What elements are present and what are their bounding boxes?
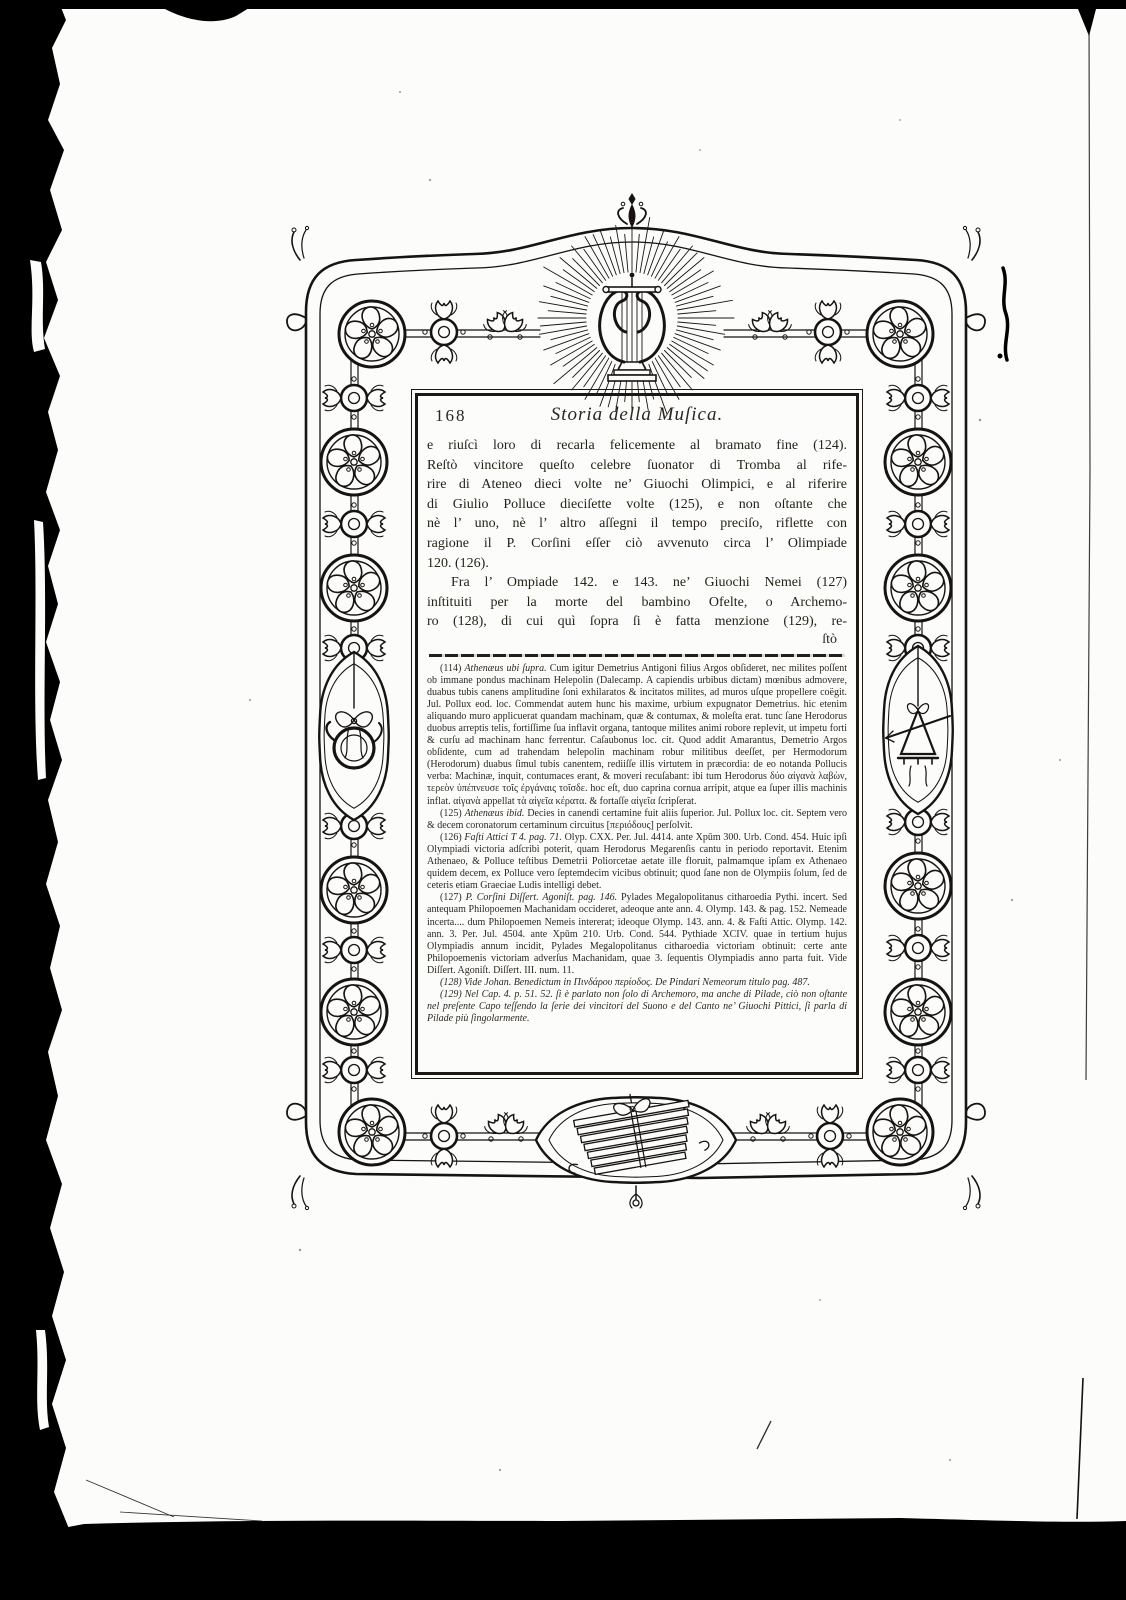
arrow-trophy-icon [883, 646, 953, 814]
rosette-icon [867, 1099, 933, 1165]
ring-link-icon [323, 929, 385, 971]
ring-link-icon [423, 301, 465, 363]
hunting-horn-icon [319, 652, 389, 820]
body-line: rire di Ateneo dieci volte ne’ Giuochi O… [427, 475, 847, 495]
rosette-icon [885, 555, 951, 621]
ring-link-icon [323, 1049, 385, 1091]
footnote: (128) Vide Johan. Benedictum in Πινδάρου… [427, 977, 847, 989]
footnote-marker: (125) [440, 808, 462, 819]
footnote: (127) P. Corſini Diſſert. Agoniſt. pag. … [427, 892, 847, 977]
crest-finial-icon [618, 194, 646, 227]
footnote-marker: (127) [440, 892, 462, 903]
panpipes-icon [536, 1082, 736, 1182]
footnote: (126) Faſti Attici T 4. pag. 71. Olyp. C… [427, 832, 847, 892]
footnote-marker: (114) [440, 663, 461, 674]
footnote-marker: (129) [440, 989, 462, 1000]
footnote-text: Cum igitur Demetrius Antigoni filius Arg… [427, 663, 847, 807]
body-line: Fra l’ Ompiade 142. e 143. ne’ Giuochi N… [427, 573, 847, 593]
rosette-icon [321, 979, 387, 1045]
page-number: 168 [435, 406, 467, 426]
tulip-icon [745, 1111, 791, 1142]
footnote-citation: P. Corſini Diſſert. Agoniſt. pag. 146. [466, 892, 618, 903]
footnote-text: De Pindari Nemeorum titulo pag. 487. [655, 977, 810, 988]
text-frame: 168 Storia della Muſica. e riuſcì loro d… [411, 389, 863, 1079]
body-line: ro (128), di cui quì ſopra ſi è fatta me… [427, 612, 847, 632]
body-line: inſtituiti per la morte del bambino Ofel… [427, 593, 847, 613]
footnote-citation: Vide Johan. Benedictum in Πινδάρου περίο… [464, 977, 652, 988]
text-frame-inner: 168 Storia della Muſica. e riuſcì loro d… [415, 393, 859, 1075]
footnote-text: Nel Cap. 4. p. 51. 52. ſi è parlato non … [427, 989, 847, 1024]
rosette-icon [339, 1099, 405, 1165]
page-header: 168 Storia della Muſica. [427, 404, 847, 431]
footnotes: (114) Athenæus ubi ſupra. Cum igitur Dem… [427, 663, 847, 1026]
rosette-icon [339, 301, 405, 367]
body-line: e riuſcì loro di recarla felicemente al … [427, 436, 847, 456]
footnote-marker: (128) [440, 977, 462, 988]
footnote: (129) Nel Cap. 4. p. 51. 52. ſi è parlat… [427, 989, 847, 1025]
body-line: di Giulio Polluce dieciſette volte (125)… [427, 495, 847, 515]
ring-link-icon [323, 377, 385, 419]
catchword: ſtò [427, 632, 847, 647]
rosette-icon [321, 857, 387, 923]
tulip-icon [747, 309, 793, 340]
footnote-separator-rule [429, 654, 845, 657]
rosette-icon [885, 429, 951, 495]
footnote-citation: Athenæus ubi ſupra. [464, 663, 546, 674]
body-line: nè l’ uno, nè l’ altro aſſegni il tempo … [427, 514, 847, 534]
main-text: e riuſcì loro di recarla felicemente al … [427, 436, 847, 632]
footnote: (125) Athenæus ibid. Decies in canendi c… [427, 808, 847, 832]
body-line: ragione il P. Corſini eſſer ciò avvenuto… [427, 534, 847, 554]
ring-link-icon [809, 1105, 851, 1167]
ring-link-icon [887, 927, 949, 969]
ring-link-icon [423, 1105, 465, 1167]
rosette-icon [867, 301, 933, 367]
rosette-icon [321, 429, 387, 495]
ring-link-icon [887, 1049, 949, 1091]
ring-link-icon [323, 503, 385, 545]
body-line: 120. (126). [427, 554, 847, 574]
body-line: Reſtò vincitore queſto celebre ſuonator … [427, 456, 847, 476]
footnote-citation: Faſti Attici T 4. pag. 71. [464, 832, 561, 843]
rosette-icon [321, 555, 387, 621]
tulip-icon [482, 309, 528, 340]
ring-link-icon [887, 377, 949, 419]
tulip-icon [483, 1111, 529, 1142]
rosette-icon [885, 979, 951, 1045]
ring-link-icon [807, 301, 849, 363]
footnote: (114) Athenæus ubi ſupra. Cum igitur Dem… [427, 663, 847, 808]
bottom-pendant-icon [630, 1186, 642, 1208]
running-title: Storia della Muſica. [427, 404, 847, 426]
scanned-book-page: { "page": { "number": "168", "title": "S… [0, 0, 1126, 1600]
footnote-text: Pylades Megalopolitanus citharoedia Pyth… [427, 892, 847, 976]
rosette-icon [885, 853, 951, 919]
footnote-marker: (126) [440, 832, 462, 843]
lyre-icon [598, 273, 666, 381]
ring-link-icon [887, 503, 949, 545]
footnote-citation: Athenæus ibid. [465, 808, 525, 819]
